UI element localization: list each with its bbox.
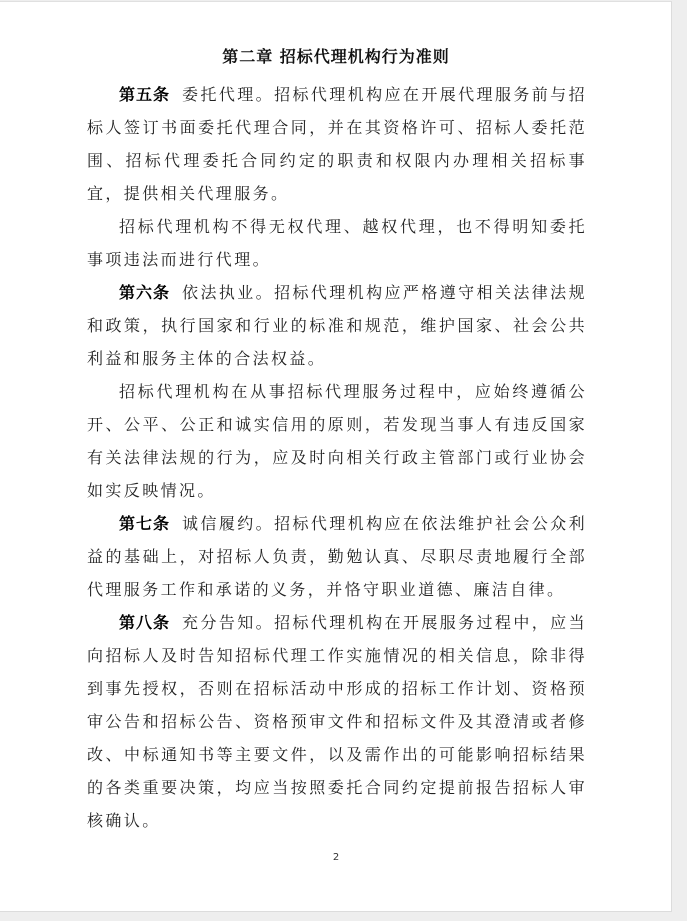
paragraph-article-6: 第六条依法执业。招标代理机构应严格遵守相关法律法规和政策，执行国家和行业的标准和…: [87, 276, 587, 375]
paragraph-text: 充分告知。招标代理机构在开展服务过程中，应当向招标人及时告知招标代理工作实施情况…: [87, 613, 587, 830]
article-label: 第五条: [119, 85, 170, 104]
document-body: 第五条委托代理。招标代理机构应在开展代理服务前与招标人签订书面委托代理合同，并在…: [87, 78, 587, 837]
document-page: 第二章 招标代理机构行为准则 第五条委托代理。招标代理机构应在开展代理服务前与招…: [0, 1, 672, 912]
page-number: 2: [0, 852, 672, 863]
paragraph: 招标代理机构不得无权代理、越权代理，也不得明知委托事项违法而进行代理。: [87, 210, 587, 276]
article-label: 第八条: [119, 613, 170, 632]
paragraph-article-5: 第五条委托代理。招标代理机构应在开展代理服务前与招标人签订书面委托代理合同，并在…: [87, 78, 587, 210]
chapter-title: 第二章 招标代理机构行为准则: [0, 44, 672, 67]
paragraph: 招标代理机构在从事招标代理服务过程中，应始终遵循公开、公平、公正和诚实信用的原则…: [87, 375, 587, 507]
paragraph-article-8: 第八条充分告知。招标代理机构在开展服务过程中，应当向招标人及时告知招标代理工作实…: [87, 606, 587, 837]
paragraph-text: 招标代理机构不得无权代理、越权代理，也不得明知委托事项违法而进行代理。: [87, 217, 587, 269]
paragraph-text: 招标代理机构在从事招标代理服务过程中，应始终遵循公开、公平、公正和诚实信用的原则…: [87, 382, 587, 500]
paragraph-article-7: 第七条诚信履约。招标代理机构应在依法维护社会公众利益的基础上，对招标人负责，勤勉…: [87, 507, 587, 606]
article-label: 第六条: [119, 283, 170, 302]
article-label: 第七条: [119, 514, 170, 533]
